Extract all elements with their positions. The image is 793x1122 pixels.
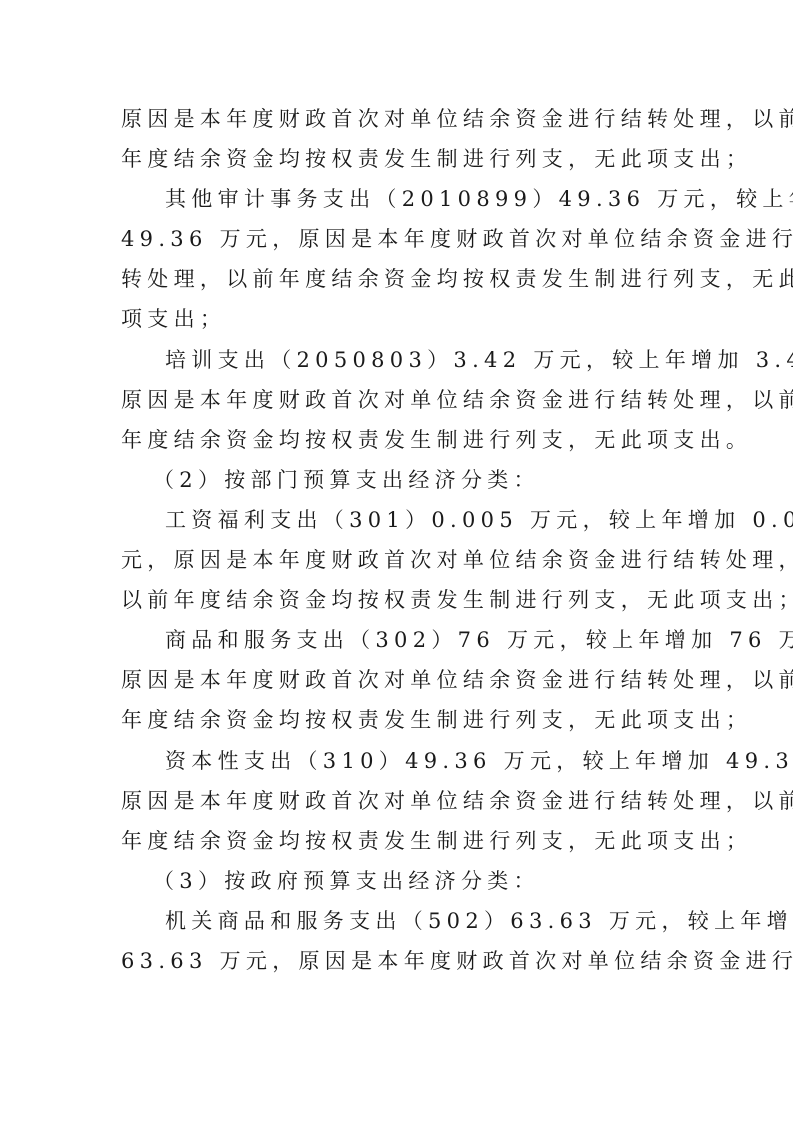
text-line: 年度结余资金均按权责发生制进行列支，无此项支出； [121, 139, 677, 179]
text-line: 原因是本年度财政首次对单位结余资金进行结转处理，以前 [121, 660, 677, 700]
text-line: 原因是本年度财政首次对单位结余资金进行结转处理，以前 [121, 781, 677, 821]
paragraph-start-salary-expense: 工资福利支出（301）0.005 万元，较上年增加 0.005 万 [121, 500, 677, 540]
section-heading-department-economic: （2）按部门预算支出经济分类： [121, 460, 677, 500]
text-line: 63.63 万元，原因是本年度财政首次对单位结余资金进行结 [121, 941, 677, 981]
text-line: 年度结余资金均按权责发生制进行列支，无此项支出； [121, 700, 677, 740]
section-heading-government-economic: （3）按政府预算支出经济分类： [121, 861, 677, 901]
text-line: 以前年度结余资金均按权责发生制进行列支，无此项支出； [121, 580, 677, 620]
document-page: 原因是本年度财政首次对单位结余资金进行结转处理，以前 年度结余资金均按权责发生制… [121, 99, 677, 981]
paragraph-start-agency-goods-services: 机关商品和服务支出（502）63.63 万元，较上年增加 [121, 901, 677, 941]
text-line: 年度结余资金均按权责发生制进行列支，无此项支出； [121, 821, 677, 861]
paragraph-start-capital-expense: 资本性支出（310）49.36 万元，较上年增加 49.36 万元， [121, 741, 677, 781]
text-line: 原因是本年度财政首次对单位结余资金进行结转处理，以前 [121, 99, 677, 139]
paragraph-start-audit-expense: 其他审计事务支出（2010899）49.36 万元，较上年增加 [121, 179, 677, 219]
paragraph-start-training-expense: 培训支出（2050803）3.42 万元，较上年增加 3.42 万元， [121, 340, 677, 380]
text-line: 年度结余资金均按权责发生制进行列支，无此项支出。 [121, 420, 677, 460]
paragraph-start-goods-services-expense: 商品和服务支出（302）76 万元，较上年增加 76 万元， [121, 620, 677, 660]
text-line: 原因是本年度财政首次对单位结余资金进行结转处理，以前 [121, 380, 677, 420]
text-line: 49.36 万元，原因是本年度财政首次对单位结余资金进行结 [121, 219, 677, 259]
text-line: 元，原因是本年度财政首次对单位结余资金进行结转处理， [121, 540, 677, 580]
text-line: 项支出； [121, 299, 677, 339]
text-line: 转处理，以前年度结余资金均按权责发生制进行列支，无此 [121, 259, 677, 299]
